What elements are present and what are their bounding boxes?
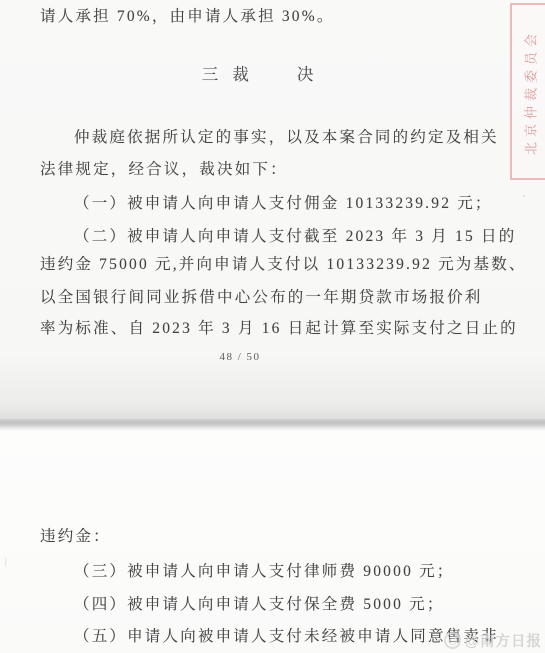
doc-line-item-4: （四）被申请人向申请人支付保全费 5000 元；	[74, 594, 445, 616]
arbitration-commission-seal: 北京仲裁委员会	[510, 3, 545, 180]
doc-line-tribunal: 仲裁庭依据所认定的事实，以及本案合同的约定及相关	[74, 127, 499, 149]
doc-line-item-1: （一）被申请人向申请人支付佣金 10133239.92 元；	[74, 193, 493, 215]
doc-line-lpr: 以全国银行间同业拆借中心公布的一年期贷款市场报价利	[40, 287, 483, 309]
page-number: 48 / 50	[175, 351, 305, 363]
doc-line-item-3: （三）被申请人向申请人支付律师费 90000 元；	[74, 561, 455, 583]
doc-line-item-2: （二）被申请人向申请人支付截至 2023 年 3 月 15 日的	[74, 226, 516, 248]
doc-line-law: 法律规定，经合议，裁决如下：	[40, 159, 288, 181]
watermark: @南方日报	[444, 630, 542, 651]
scan-artifact: 、	[522, 184, 533, 200]
page-gap-divider	[0, 417, 545, 431]
watermark-handle: @南方日报	[465, 630, 542, 651]
document-page-2: 违约金： （三）被申请人向申请人支付律师费 90000 元； （四）被申请人向申…	[0, 431, 545, 653]
doc-line-penalty-label: 违约金：	[40, 526, 111, 548]
document-screenshot: 请人承担 70%，由申请人承担 30%。 三 裁 决 仲裁庭依据所认定的事实，以…	[0, 0, 545, 653]
seal-text: 北京仲裁委员会	[521, 28, 540, 154]
doc-line-penalty: 违约金 75000 元,并向申请人支付以 10133239.92 元为基数、	[40, 254, 527, 276]
document-page-1: 请人承担 70%，由申请人承担 30%。 三 裁 决 仲裁庭依据所认定的事实，以…	[0, 0, 545, 417]
section-heading-ruling: 三 裁 决	[0, 64, 520, 86]
doc-line-item-5: （五）申请人向被申请人支付未经被申请人同意售卖非	[74, 626, 499, 648]
watermark-logo-icon	[442, 630, 463, 651]
doc-line-rate: 率为标准、自 2023 年 3 月 16 日起计算至实际支付之日止的	[40, 318, 518, 340]
scan-edge-artifact: 〜	[0, 555, 14, 569]
doc-line-costs: 请人承担 70%，由申请人承担 30%。	[40, 6, 335, 28]
